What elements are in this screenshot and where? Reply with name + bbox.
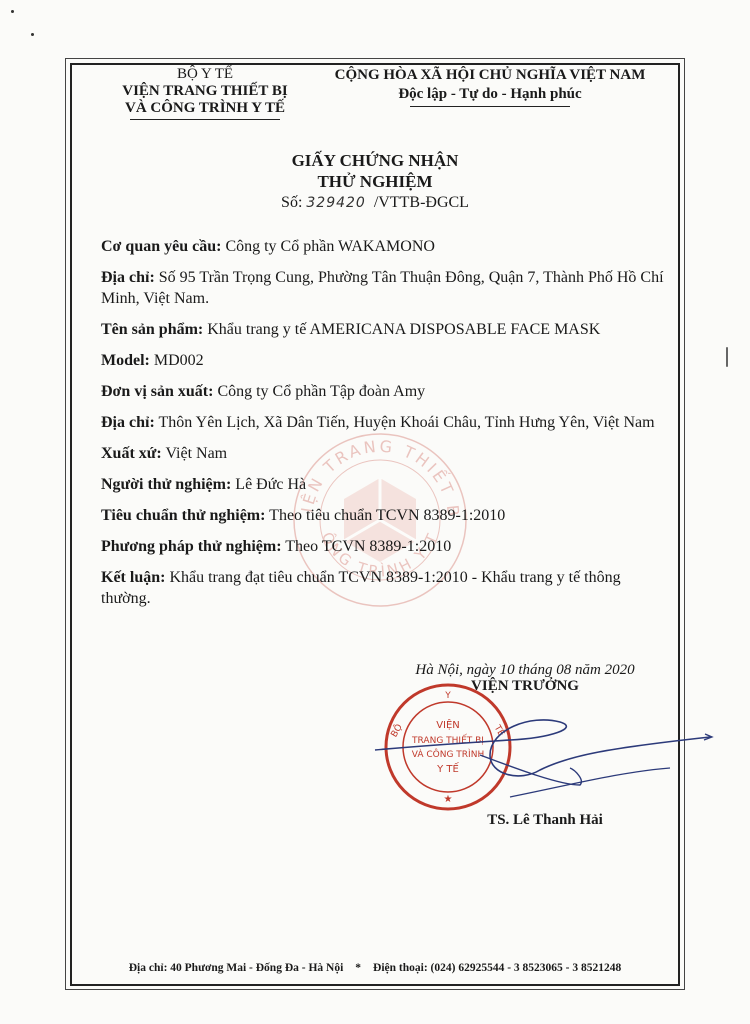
field-label: Xuất xứ: xyxy=(101,445,162,462)
institute-name-line2: VÀ CÔNG TRÌNH Y TẾ xyxy=(110,100,300,117)
field-value: Theo tiêu chuẩn TCVN 8389-1:2010 xyxy=(269,507,505,524)
field-value: Công ty Cổ phần WAKAMONO xyxy=(225,238,434,255)
field-label: Địa chỉ: xyxy=(101,414,155,431)
field-label: Phương pháp thử nghiệm: xyxy=(101,538,282,555)
national-motto: Độc lập - Tự do - Hạnh phúc xyxy=(320,85,660,104)
header-underline xyxy=(130,119,280,120)
field-value: Công ty Cổ phần Tập đoàn Amy xyxy=(217,383,425,400)
field-row: Đơn vị sản xuất: Công ty Cổ phần Tập đoà… xyxy=(101,381,671,402)
field-value: Việt Nam xyxy=(165,445,227,462)
field-value: Số 95 Trần Trọng Cung, Phường Tân Thuận … xyxy=(101,269,664,307)
certificate-fields: Cơ quan yêu cầu: Công ty Cổ phần WAKAMON… xyxy=(101,236,671,619)
field-row: Địa chỉ: Thôn Yên Lịch, Xã Dân Tiến, Huy… xyxy=(101,412,671,433)
field-value: Thôn Yên Lịch, Xã Dân Tiến, Huyện Khoái … xyxy=(159,414,655,431)
certificate-number: Số:329420/VTTB-ĐGCL xyxy=(0,194,750,212)
field-label: Model: xyxy=(101,352,150,369)
signer-role: VIỆN TRƯỞNG xyxy=(360,678,690,695)
footer-address: Địa chỉ: 40 Phương Mai - Đống Đa - Hà Nộ… xyxy=(129,962,344,974)
motto-underline xyxy=(410,106,570,107)
field-label: Tiêu chuẩn thử nghiệm: xyxy=(101,507,265,524)
field-row: Địa chỉ: Số 95 Trần Trọng Cung, Phường T… xyxy=(101,267,671,309)
number-suffix: /VTTB-ĐGCL xyxy=(374,194,469,211)
footer-phone: Điện thoại: (024) 62925544 - 3 8523065 -… xyxy=(373,962,621,974)
national-header: CỘNG HÒA XÃ HỘI CHỦ NGHĨA VIỆT NAM Độc l… xyxy=(320,66,660,107)
handwritten-number: 329420 xyxy=(306,195,365,211)
field-row: Phương pháp thử nghiệm: Theo TCVN 8389-1… xyxy=(101,536,671,557)
field-row: Xuất xứ: Việt Nam xyxy=(101,443,671,464)
issue-date: Hà Nội, ngày 10 tháng 08 năm 2020 xyxy=(360,662,690,679)
field-value: MD002 xyxy=(154,352,204,369)
field-row: Model: MD002 xyxy=(101,350,671,371)
footer-separator: * xyxy=(355,962,361,974)
field-row: Tiêu chuẩn thử nghiệm: Theo tiêu chuẩn T… xyxy=(101,505,671,526)
field-label: Cơ quan yêu cầu: xyxy=(101,238,221,255)
footer-contact: Địa chỉ: 40 Phương Mai - Đống Đa - Hà Nộ… xyxy=(75,962,675,974)
field-row: Tên sản phẩm: Khẩu trang y tế AMERICANA … xyxy=(101,319,671,340)
field-label: Kết luận: xyxy=(101,569,165,586)
field-label: Địa chỉ: xyxy=(101,269,155,286)
scan-mark xyxy=(726,347,728,367)
country-name: CỘNG HÒA XÃ HỘI CHỦ NGHĨA VIỆT NAM xyxy=(320,66,660,85)
scan-speck xyxy=(31,33,34,36)
scan-speck xyxy=(11,10,14,13)
field-value: Khẩu trang y tế AMERICANA DISPOSABLE FAC… xyxy=(207,321,600,338)
ministry-name: BỘ Y TẾ xyxy=(110,66,300,83)
field-label: Tên sản phẩm: xyxy=(101,321,203,338)
field-label: Người thử nghiệm: xyxy=(101,476,231,493)
issuer-header: BỘ Y TẾ VIỆN TRANG THIẾT BỊ VÀ CÔNG TRÌN… xyxy=(110,66,300,120)
field-value: Khẩu trang đạt tiêu chuẩn TCVN 8389-1:20… xyxy=(101,569,621,607)
title-line1: GIẤY CHỨNG NHẬN xyxy=(200,150,550,171)
signer-name: TS. Lê Thanh Hải xyxy=(380,812,710,829)
field-row: Người thử nghiệm: Lê Đức Hà xyxy=(101,474,671,495)
field-value: Theo TCVN 8389-1:2010 xyxy=(285,538,451,555)
field-row: Cơ quan yêu cầu: Công ty Cổ phần WAKAMON… xyxy=(101,236,671,257)
handwritten-signature xyxy=(370,700,715,800)
field-row: Kết luận: Khẩu trang đạt tiêu chuẩn TCVN… xyxy=(101,567,671,609)
title-line2: THỬ NGHIỆM xyxy=(200,171,550,192)
number-label: Số: xyxy=(281,194,302,211)
field-label: Đơn vị sản xuất: xyxy=(101,383,213,400)
institute-name-line1: VIỆN TRANG THIẾT BỊ xyxy=(110,83,300,100)
document-title: GIẤY CHỨNG NHẬN THỬ NGHIỆM xyxy=(200,150,550,192)
field-value: Lê Đức Hà xyxy=(235,476,306,493)
